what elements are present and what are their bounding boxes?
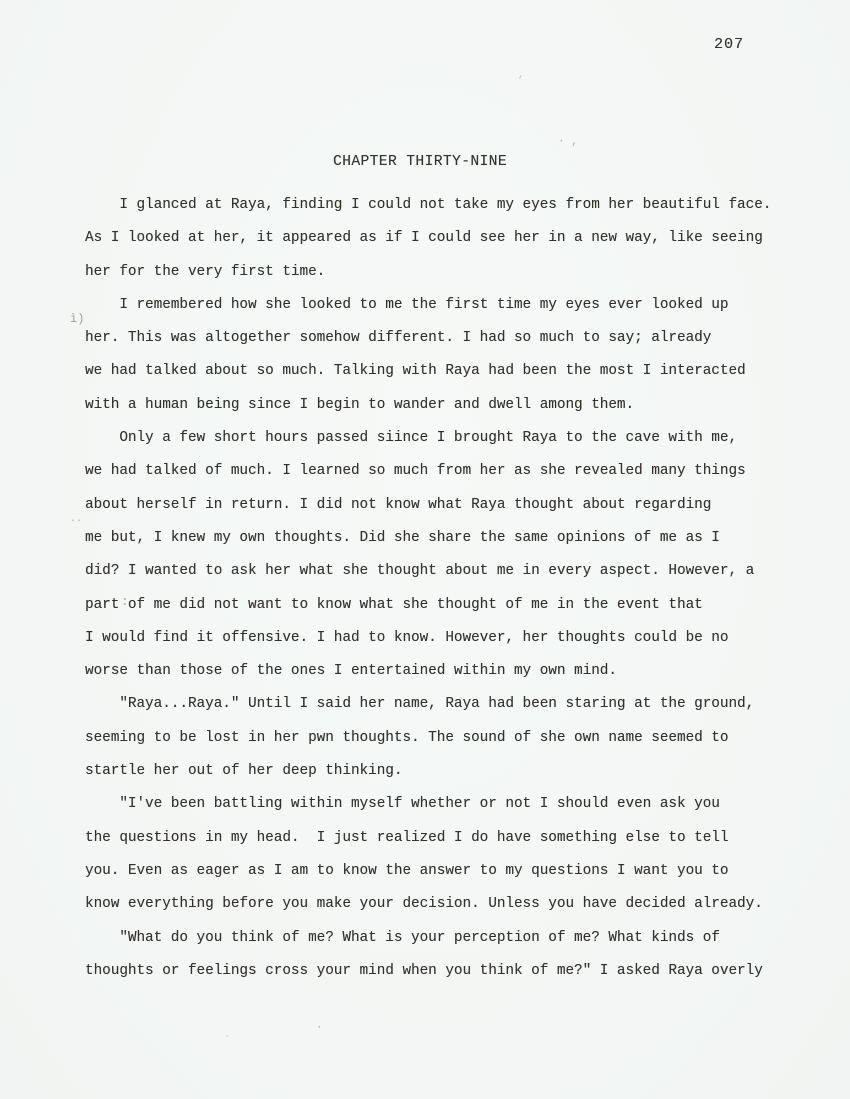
text-line: know everything before you make your dec…: [85, 888, 775, 921]
text-line: I remembered how she looked to me the fi…: [85, 289, 775, 322]
text-line: me but, I knew my own thoughts. Did she …: [85, 522, 775, 555]
text-line: part of me did not want to know what she…: [85, 589, 775, 622]
scan-speck: ··: [70, 516, 82, 527]
scan-speck: ì): [70, 312, 84, 326]
text-line: worse than those of the ones I entertain…: [85, 655, 775, 688]
scan-speck: · ,: [558, 136, 578, 148]
text-line: I would find it offensive. I had to know…: [85, 622, 775, 655]
scan-speck: ·: [224, 1032, 230, 1043]
text-line: you. Even as eager as I am to know the a…: [85, 855, 775, 888]
text-line: the questions in my head. I just realize…: [85, 822, 775, 855]
text-line: her. This was altogether somehow differe…: [85, 322, 775, 355]
text-line: As I looked at her, it appeared as if I …: [85, 222, 775, 255]
text-line: seeming to be lost in her pwn thoughts. …: [85, 722, 775, 755]
text-line: thoughts or feelings cross your mind whe…: [85, 955, 775, 988]
text-line: "What do you think of me? What is your p…: [85, 922, 775, 955]
page-number: 207: [714, 36, 744, 53]
text-line: I glanced at Raya, finding I could not t…: [85, 189, 775, 222]
text-line: did? I wanted to ask her what she though…: [85, 555, 775, 588]
text-line: "Raya...Raya." Until I said her name, Ra…: [85, 688, 775, 721]
text-line: with a human being since I begin to wand…: [85, 389, 775, 422]
scan-speck: ·: [316, 1022, 323, 1034]
manuscript-page: 207 CHAPTER THIRTY-NINE I glanced at Ray…: [0, 0, 850, 1099]
text-line: startle her out of her deep thinking.: [85, 755, 775, 788]
text-line: her for the very first time.: [85, 256, 775, 289]
scan-speck: ,: [518, 70, 524, 81]
text-line: Only a few short hours passed siince I b…: [85, 422, 775, 455]
text-line: about herself in return. I did not know …: [85, 489, 775, 522]
chapter-title: CHAPTER THIRTY-NINE: [85, 154, 755, 170]
text-line: we had talked about so much. Talking wit…: [85, 355, 775, 388]
text-line: "I've been battling within myself whethe…: [85, 788, 775, 821]
body-text: I glanced at Raya, finding I could not t…: [85, 189, 775, 988]
text-line: we had talked of much. I learned so much…: [85, 455, 775, 488]
